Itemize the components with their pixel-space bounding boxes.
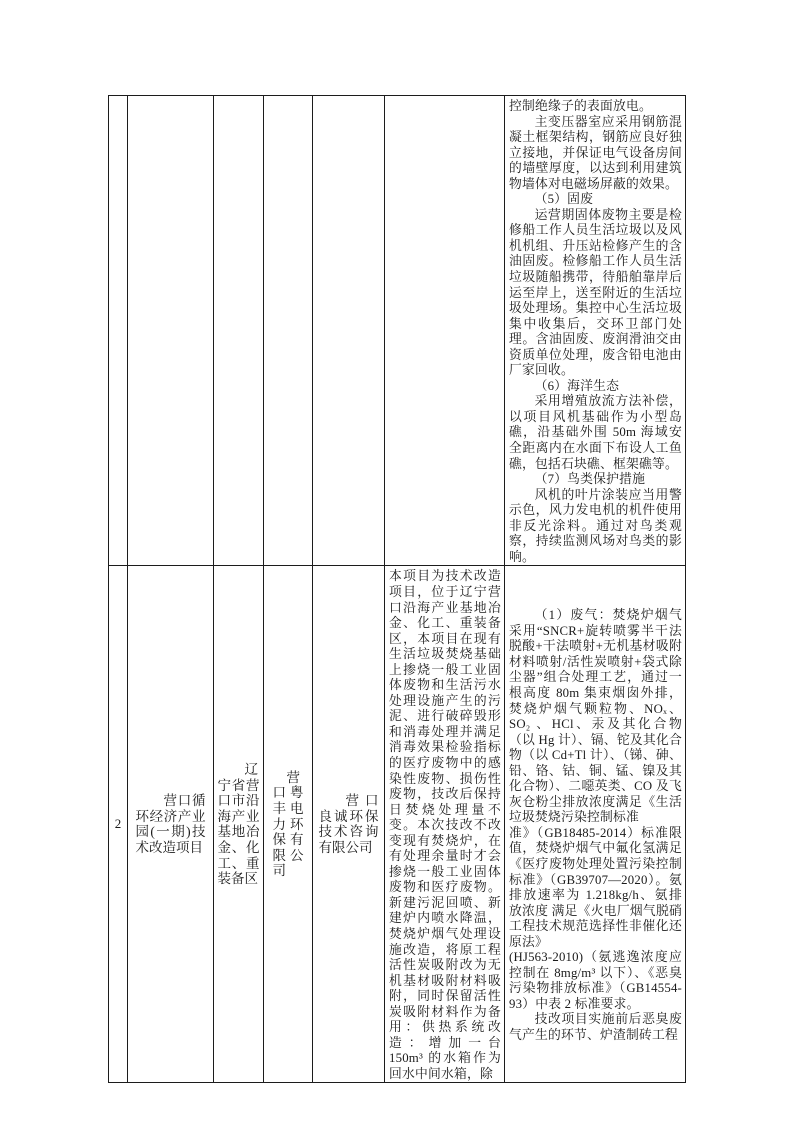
paragraph: 采用增殖放流方法补偿，以项目风机基础作为小型岛礁，沿基础外围 50m 海域安全距… bbox=[509, 394, 682, 472]
cell-seq-empty bbox=[109, 96, 128, 566]
paragraph: 技改项目实施前后恶臭废气产生的环节、炉渣制砖工程 bbox=[509, 1012, 682, 1043]
cell-eia-unit: 营口良诚环保技术咨询有限公司 bbox=[313, 566, 385, 1083]
cell-env-measures: （1）废气：焚烧炉烟气采用“SNCR+旋转喷雾半干法脱酸+干法喷射+无机基材吸附… bbox=[505, 566, 686, 1083]
location-text: 辽宁省营口市沿海产业基地冶金、化工、重装备区 bbox=[218, 762, 260, 887]
paragraph: 准》（GB18485-2014）标准限值，焚烧炉烟气中氟化氢满足《医疗废物处理处… bbox=[509, 826, 682, 950]
document-page: 控制绝缘子的表面放电。主变压器室应采用钢筋混凝土框架结构，钢筋应良好独立接地，并… bbox=[0, 0, 793, 1122]
cell-project-overview-empty bbox=[385, 96, 505, 566]
cell-construction-unit: 营口粤丰电力环保有限公司 bbox=[264, 566, 313, 1083]
cell-env-measures-continuation: 控制绝缘子的表面放电。主变压器室应采用钢筋混凝土框架结构，钢筋应良好独立接地，并… bbox=[505, 96, 686, 566]
paragraph: 控制绝缘子的表面放电。 bbox=[509, 99, 682, 115]
overview-paragraphs: 本项目为技术改造项目，位于辽宁营口沿海产业基地冶金、化工、重装备区，本项目在现有… bbox=[385, 566, 504, 1082]
cell-eia-unit-empty bbox=[313, 96, 385, 566]
project-name-text: 营口循环经济产业园(一期)技术改造项目 bbox=[136, 793, 206, 855]
cell-location-empty bbox=[214, 96, 264, 566]
measures-paragraphs: （1）废气：焚烧炉烟气采用“SNCR+旋转喷雾半干法脱酸+干法喷射+无机基材吸附… bbox=[505, 605, 685, 1043]
paragraph: 风机的叶片涂装应当用警示色，风力发电机的机件使用非反光涂料。通过对鸟类观察，持续… bbox=[509, 488, 682, 566]
paragraph: （5）固废 bbox=[509, 192, 682, 208]
overview-paragraphs bbox=[385, 329, 504, 332]
table-row-continuation: 控制绝缘子的表面放电。主变压器室应采用钢筋混凝土框架结构，钢筋应良好独立接地，并… bbox=[109, 96, 686, 566]
paragraph: （1）废气：焚烧炉烟气采用“SNCR+旋转喷雾半干法脱酸+干法喷射+无机基材吸附… bbox=[509, 608, 682, 826]
cell-seq: 2 bbox=[109, 566, 128, 1083]
measures-paragraphs: 控制绝缘子的表面放电。主变压器室应采用钢筋混凝土框架结构，钢筋应良好独立接地，并… bbox=[505, 96, 685, 565]
cell-location: 辽宁省营口市沿海产业基地冶金、化工、重装备区 bbox=[214, 566, 264, 1083]
eia-unit-text: 营口良诚环保技术咨询有限公司 bbox=[319, 793, 379, 855]
eia-approval-table: 控制绝缘子的表面放电。主变压器室应采用钢筋混凝土框架结构，钢筋应良好独立接地，并… bbox=[108, 95, 686, 1083]
table-row-project-2: 2 营口循环经济产业园(一期)技术改造项目 辽宁省营口市沿海产业基地冶金、化工、… bbox=[109, 566, 686, 1083]
cell-project-name: 营口循环经济产业园(一期)技术改造项目 bbox=[128, 566, 214, 1083]
paragraph: (HJ563-2010)（氨逃逸浓度应控制在 8mg/m³ 以下）、《恶臭污染物… bbox=[509, 950, 682, 1012]
paragraph: 主变压器室应采用钢筋混凝土框架结构，钢筋应良好独立接地，并保证电气设备房间的墙壁… bbox=[509, 115, 682, 193]
paragraph: （7）鸟类保护措施 bbox=[509, 472, 682, 488]
paragraph: （6）海洋生态 bbox=[509, 379, 682, 395]
paragraph: 运营期固体废物主要是检修船工作人员生活垃圾以及风机机组、升压站检修产生的含油固废… bbox=[509, 208, 682, 379]
cell-construction-unit-empty bbox=[264, 96, 313, 566]
paragraph: 本项目为技术改造项目，位于辽宁营口沿海产业基地冶金、化工、重装备区，本项目在现有… bbox=[389, 569, 501, 1082]
cell-project-overview: 本项目为技术改造项目，位于辽宁营口沿海产业基地冶金、化工、重装备区，本项目在现有… bbox=[385, 566, 505, 1083]
construction-unit-text: 营口粤丰电力环保有限公司 bbox=[273, 770, 304, 879]
cell-project-name-empty bbox=[128, 96, 214, 566]
